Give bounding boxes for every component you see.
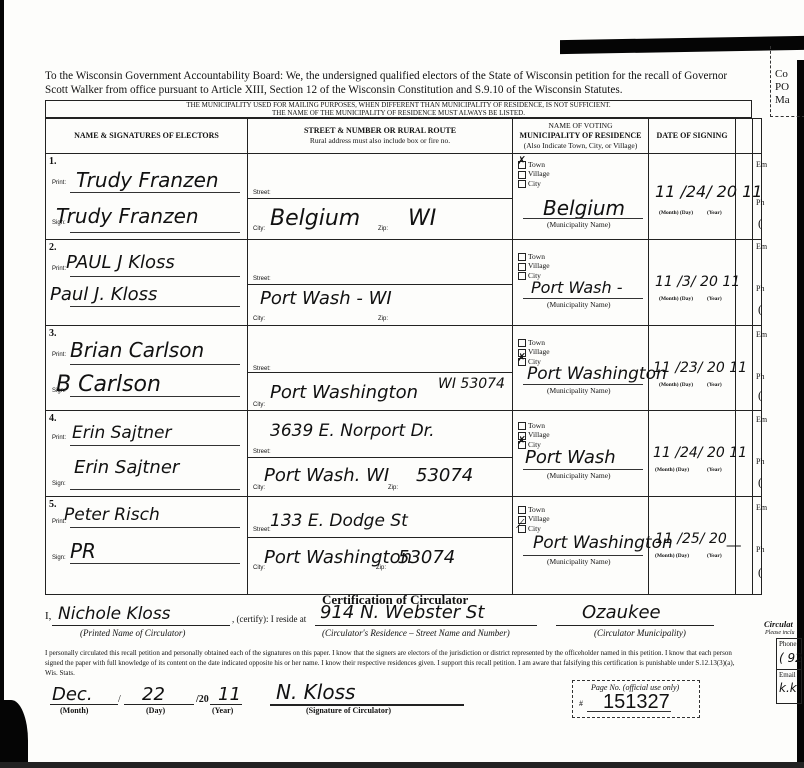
scan-edge-bottom: [0, 762, 804, 768]
elector-print-name: Trudy Franzen: [76, 168, 219, 192]
cert-day: 22: [142, 684, 165, 705]
checkbox-town[interactable]: ✗Town: [518, 160, 550, 169]
checkbox-town[interactable]: Town: [518, 338, 550, 347]
elector-signature: Erin Sajtner: [74, 457, 179, 478]
checkbox-town[interactable]: Town: [518, 252, 550, 261]
table-row: 3. Print: Brian Carlson Sign: B Carlson …: [46, 325, 761, 411]
header-municipality: NAME OF VOTING MUNICIPALITY OF RESIDENCE…: [513, 119, 649, 153]
checkbox-village[interactable]: Village: [518, 261, 550, 270]
circulator-signature: N. Kloss: [276, 680, 355, 704]
table-row: 4. Print: Erin Sajtner Sign: Erin Sajtne…: [46, 410, 761, 497]
elector-city: Port Washington: [270, 382, 418, 403]
checkbox-town[interactable]: Town: [518, 505, 550, 514]
notice-line-1: THE MUNICIPALITY USED FOR MAILING PURPOS…: [46, 101, 751, 109]
electors-table: NAME & SIGNATURES OF ELECTORS STREET & N…: [45, 118, 762, 595]
elector-zip: WI 53074: [438, 376, 505, 392]
circulator-side-title: Circulat: [764, 619, 793, 629]
circulator-contact-box: Phone ( 92 Email k.k: [776, 638, 802, 704]
circulator-phone: ( 92: [779, 651, 803, 665]
elector-city: Port Wash. WI: [264, 465, 389, 486]
elector-city: Port Washington: [264, 547, 412, 568]
elector-print-name: Peter Risch: [64, 505, 160, 525]
circulator-email: k.k: [779, 681, 797, 695]
signing-date: 11 /25/ 20__: [655, 531, 741, 547]
elector-print-name: Erin Sajtner: [72, 423, 171, 443]
signing-date: 11 /24/ 20 11: [653, 445, 747, 461]
elector-signature: PR: [70, 539, 96, 563]
scan-edge-left: [0, 0, 4, 768]
circulator-name: Nichole Kloss: [58, 604, 171, 624]
circulator-residence: 914 N. Webster St: [320, 602, 484, 623]
elector-street: 3639 E. Norport Dr.: [270, 421, 435, 441]
elector-street: 133 E. Dodge St: [270, 511, 408, 531]
table-row: 2. Print: PAUL J Kloss Paul J. Kloss Str…: [46, 239, 761, 326]
header-date: DATE OF SIGNING: [649, 119, 736, 153]
municipality-notice: THE MUNICIPALITY USED FOR MAILING PURPOS…: [45, 100, 752, 118]
elector-print-name: PAUL J Kloss: [66, 252, 175, 273]
certify-text: , (certify): I reside at: [232, 614, 306, 624]
checkbox-city[interactable]: ⟋City: [518, 524, 550, 533]
circulator-municipality: Ozaukee: [582, 602, 661, 623]
elector-zip: WI: [408, 206, 436, 231]
elector-signature: Trudy Franzen: [56, 204, 199, 228]
header-extra-col: [736, 119, 753, 153]
municipality-name: Port Wash: [525, 447, 616, 468]
scan-blot-bottom-left: [0, 700, 28, 768]
elector-city: Port Wash - WI: [260, 288, 392, 309]
cert-year-prefix: /20: [196, 694, 209, 705]
municipality-name: Belgium: [543, 196, 625, 220]
page-number-box: Page No. (official use only) # 151327: [572, 680, 700, 718]
elector-print-name: Brian Carlson: [70, 338, 204, 362]
side-info-box: Co PO Ma: [770, 46, 804, 117]
signing-date: 11 /3/ 20 11: [655, 274, 740, 290]
cert-i-label: I,: [45, 610, 51, 622]
notice-line-2: THE NAME OF THE MUNICIPALITY OF RESIDENC…: [46, 109, 751, 117]
elector-zip: 53074: [398, 547, 455, 568]
elector-signature: Paul J. Kloss: [50, 284, 157, 305]
table-row: 5. Print: Peter Risch Sign: PR Street: 1…: [46, 496, 761, 595]
checkbox-city[interactable]: City: [518, 179, 550, 188]
side-box-line-1: Co: [775, 68, 790, 81]
checkbox-town[interactable]: Town: [518, 421, 550, 430]
side-box-line-3: Ma: [775, 94, 790, 107]
scan-shadow-top: [560, 36, 804, 54]
table-row: 1. Print: Trudy Franzen Sign: Trudy Fran…: [46, 153, 761, 240]
certification-statement: I personally circulated this recall peti…: [45, 648, 735, 678]
checkbox-village[interactable]: Village: [518, 169, 550, 178]
caption-circulator-name: (Printed Name of Circulator): [80, 628, 185, 638]
caption-circulator-residence: (Circulator's Residence – Street Name an…: [322, 628, 510, 638]
municipality-name: Port Washington: [527, 364, 667, 384]
caption-circulator-municipality: (Circulator Municipality): [594, 628, 686, 638]
cert-year: 11: [218, 684, 241, 705]
side-box-line-2: PO: [775, 81, 790, 94]
elector-zip: 53074: [416, 465, 473, 486]
header-name: NAME & SIGNATURES OF ELECTORS: [46, 119, 248, 153]
municipality-name: Port Wash -: [531, 278, 622, 297]
petition-intro: To the Wisconsin Government Accountabili…: [45, 69, 745, 97]
elector-signature: B Carlson: [56, 372, 161, 397]
elector-city: Belgium: [270, 206, 360, 231]
signing-date: 11 /23/ 20 11: [653, 360, 747, 376]
cert-month: Dec.: [52, 684, 93, 705]
header-street: STREET & NUMBER OR RURAL ROUTE Rural add…: [248, 119, 513, 153]
